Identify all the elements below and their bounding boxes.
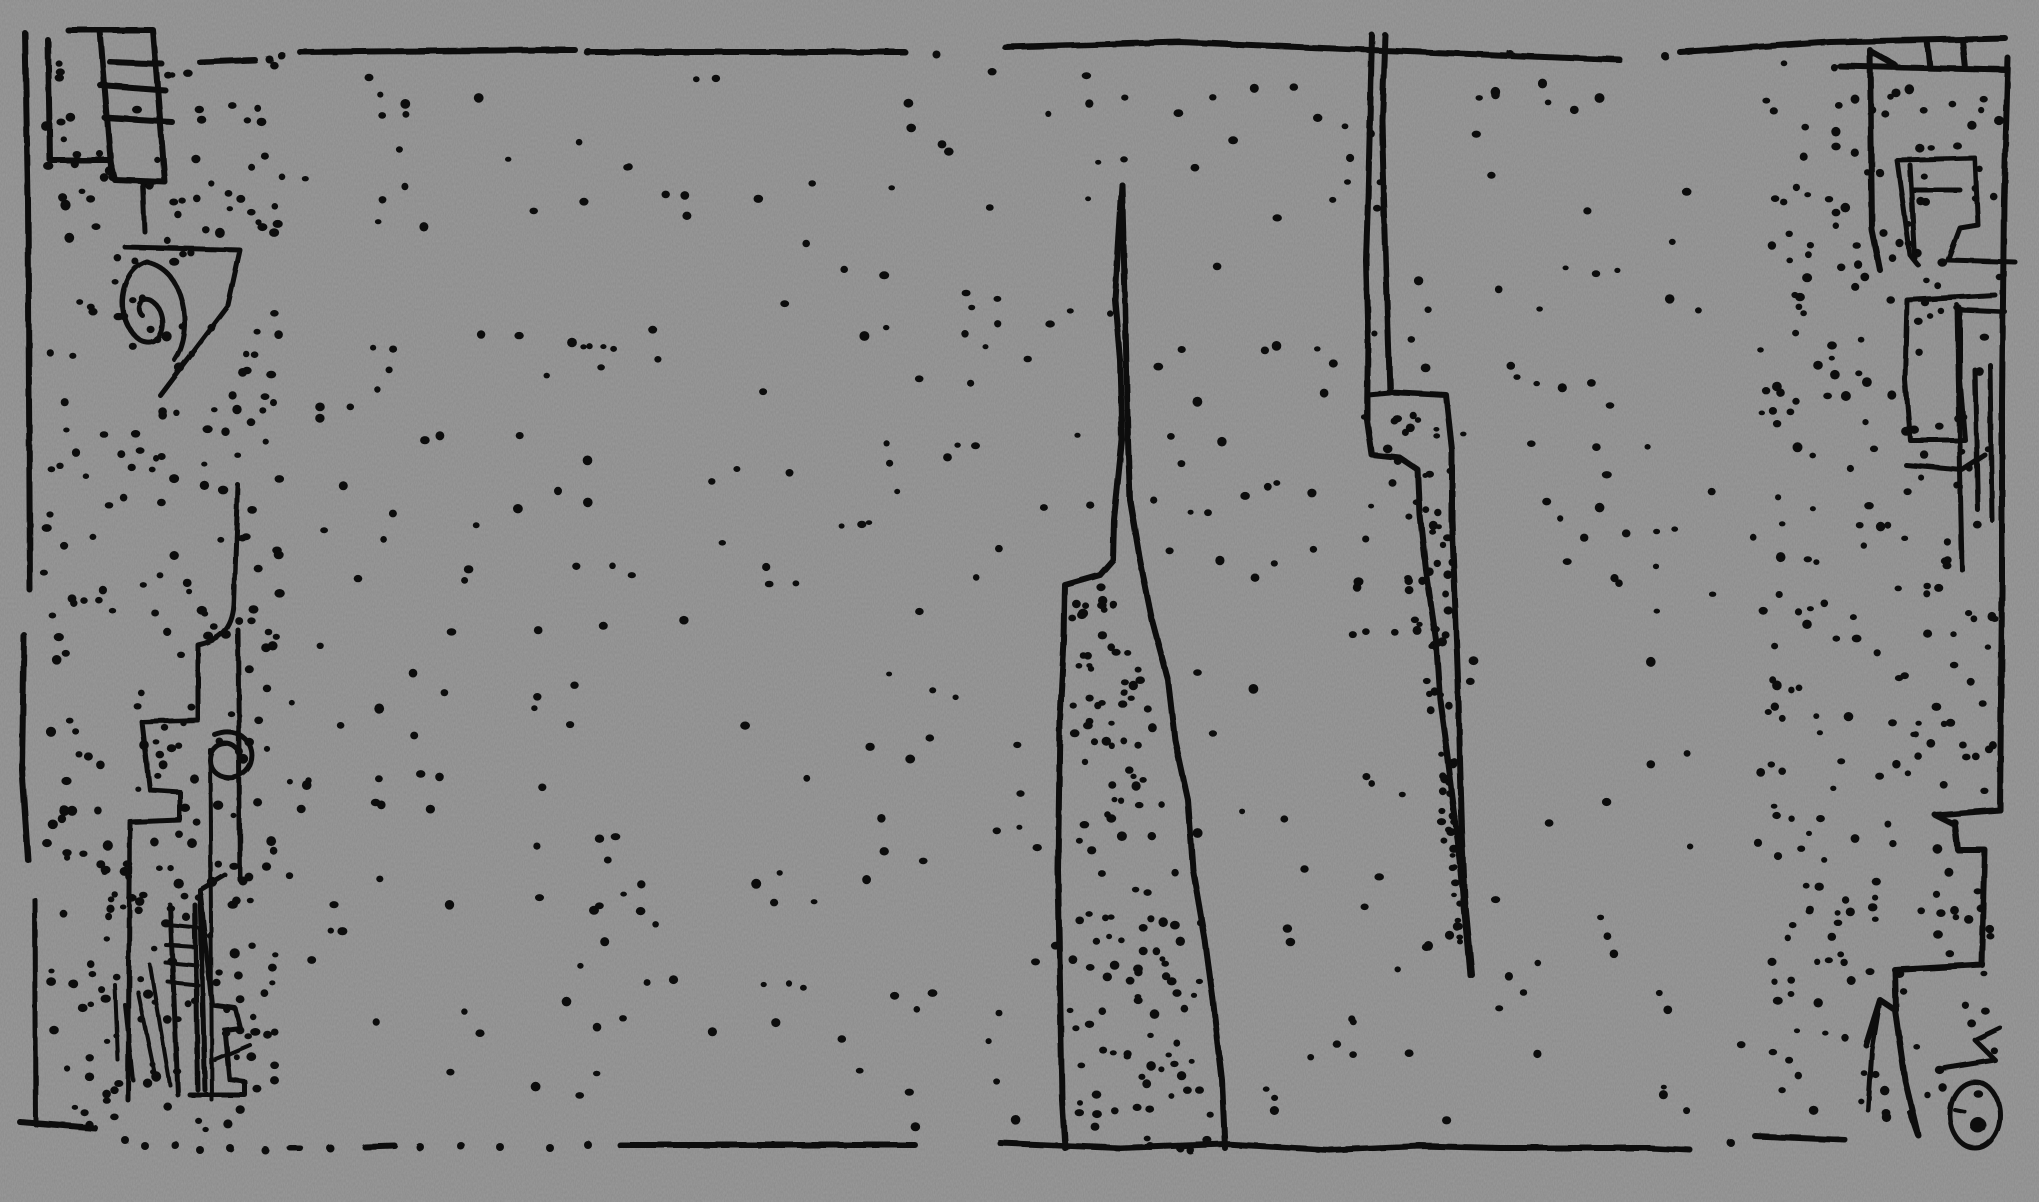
sketch-canvas [0, 0, 2039, 1202]
ink-drawing [0, 0, 2039, 1202]
